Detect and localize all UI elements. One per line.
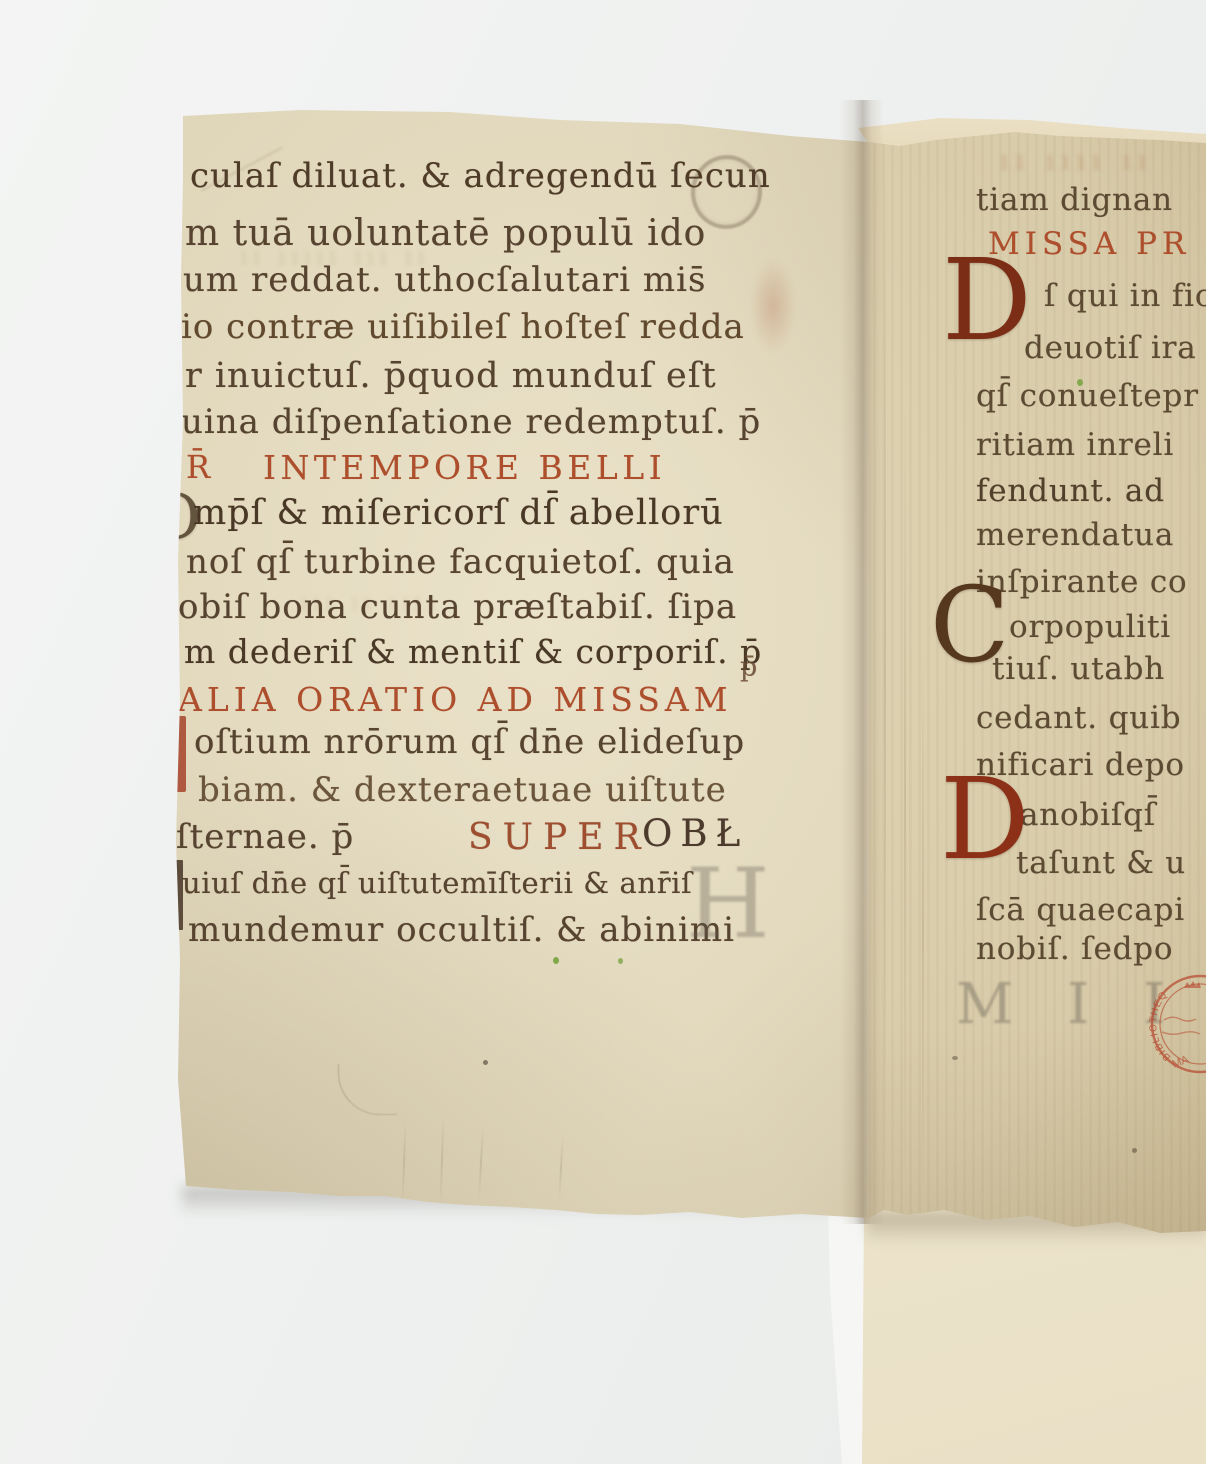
- text-line: taſunt & u: [1016, 845, 1186, 882]
- ink-speck: [952, 1056, 958, 1060]
- text-line: ſternae. p̄: [176, 817, 354, 858]
- crease-line: [558, 1135, 563, 1200]
- manuscript-photo: culaſ diluat. & adregendū ſecun m tuā uo…: [0, 0, 1206, 1464]
- initial-d-2: D: [940, 764, 1030, 876]
- text-line: orpopuliti: [1009, 609, 1171, 646]
- stamp-squiggle: [1162, 1032, 1200, 1035]
- heading-super: SUPER: [468, 816, 651, 859]
- crease-line: [904, 400, 906, 1200]
- crease-line: [402, 1120, 407, 1205]
- text-line: merendatua: [976, 517, 1174, 554]
- text-line: ritiam inreli: [976, 427, 1174, 464]
- text-line: biam. & dexteraetuae uiſtute: [198, 770, 727, 811]
- text-line: ſ qui in fic: [1044, 278, 1206, 315]
- initial-c: C: [930, 573, 1010, 677]
- text-line: noſ qſ̄ turbine facquietoſ. quia: [186, 542, 735, 583]
- ghost-bleed-mid: ııı ıı ıııı: [300, 588, 439, 616]
- gutter-fold: [840, 100, 884, 1224]
- initial-d-1: D: [942, 245, 1032, 357]
- margin-per-mark: p̄: [740, 652, 758, 684]
- rubric-line: INTEMPORE BELLI: [263, 448, 666, 488]
- ink-speck: [1132, 1148, 1137, 1153]
- text-line: uiuſ dn̄e qſ̄ uiſtutemīſterii & anr̄iſ: [182, 866, 692, 901]
- text-line: qſ̄ conueſtepr: [976, 378, 1199, 415]
- stain-offset-initial: [750, 258, 796, 354]
- text-line: oſtium nrōrum qſ̄ dn̄e elideſup: [194, 722, 745, 763]
- text-line: r inuictuſ. p̄quod munduſ eſt: [185, 355, 717, 397]
- text-line: m dederiſ & mentiſ & corporiſ. p̄: [184, 632, 762, 672]
- green-speck: [618, 958, 623, 964]
- text-line: deuotiſ ira: [1024, 330, 1197, 367]
- text-line: mp̄ſ & miſericorſ dſ̄ abellorū: [193, 492, 724, 534]
- text-line: mundemur occultiſ. & abinimi: [188, 910, 735, 951]
- text-line: io contræ uiſibileſ hoſteſ redda: [181, 307, 745, 348]
- text-line: ſcā quaecapi: [976, 892, 1185, 929]
- partial-initial-dark-bar: [172, 860, 183, 930]
- library-stamp: BIBLIOTHEQ MA: [1140, 962, 1206, 1088]
- scratch-curve: [338, 1064, 397, 1115]
- green-speck: [1077, 379, 1083, 386]
- text-line: anobiſqſ̄: [1020, 797, 1156, 834]
- text-line: fendunt. ad: [976, 473, 1165, 510]
- ghost-bleed-top: ıı ııııı ııı ıı: [240, 242, 430, 270]
- partial-initial-red-bar: [174, 716, 186, 792]
- text-line: tiam dignan: [976, 182, 1173, 219]
- text-line: obiſ bona cunta præſtabiſ. ſipa: [178, 587, 737, 628]
- ink-speck: [483, 1060, 488, 1065]
- stamp-crown-icon: [1184, 981, 1201, 988]
- text-line: cedant. quib: [976, 700, 1181, 737]
- ghost-offset-h: H: [686, 848, 770, 960]
- crease-line: [884, 150, 886, 1200]
- text-line: uina diſpenſatione redemptuſ. p̄: [181, 402, 761, 443]
- rubric-line: ALIA ORATIO AD MISSAM: [178, 680, 732, 720]
- crease-line: [922, 650, 924, 1210]
- text-line: tiuſ. utabh: [992, 651, 1165, 688]
- partial-initial-o: O: [150, 486, 201, 548]
- ghost-top-right: ıı ıııı ıı: [1000, 146, 1153, 176]
- crease-line: [439, 1115, 444, 1205]
- stamp-squiggle: [1164, 1017, 1196, 1021]
- crease-line: [478, 1125, 484, 1200]
- stamp-bottom-text: MA: [1171, 1053, 1191, 1071]
- text-line: culaſ diluat. & adregendū ſecun: [190, 156, 771, 197]
- green-speck: [553, 957, 559, 964]
